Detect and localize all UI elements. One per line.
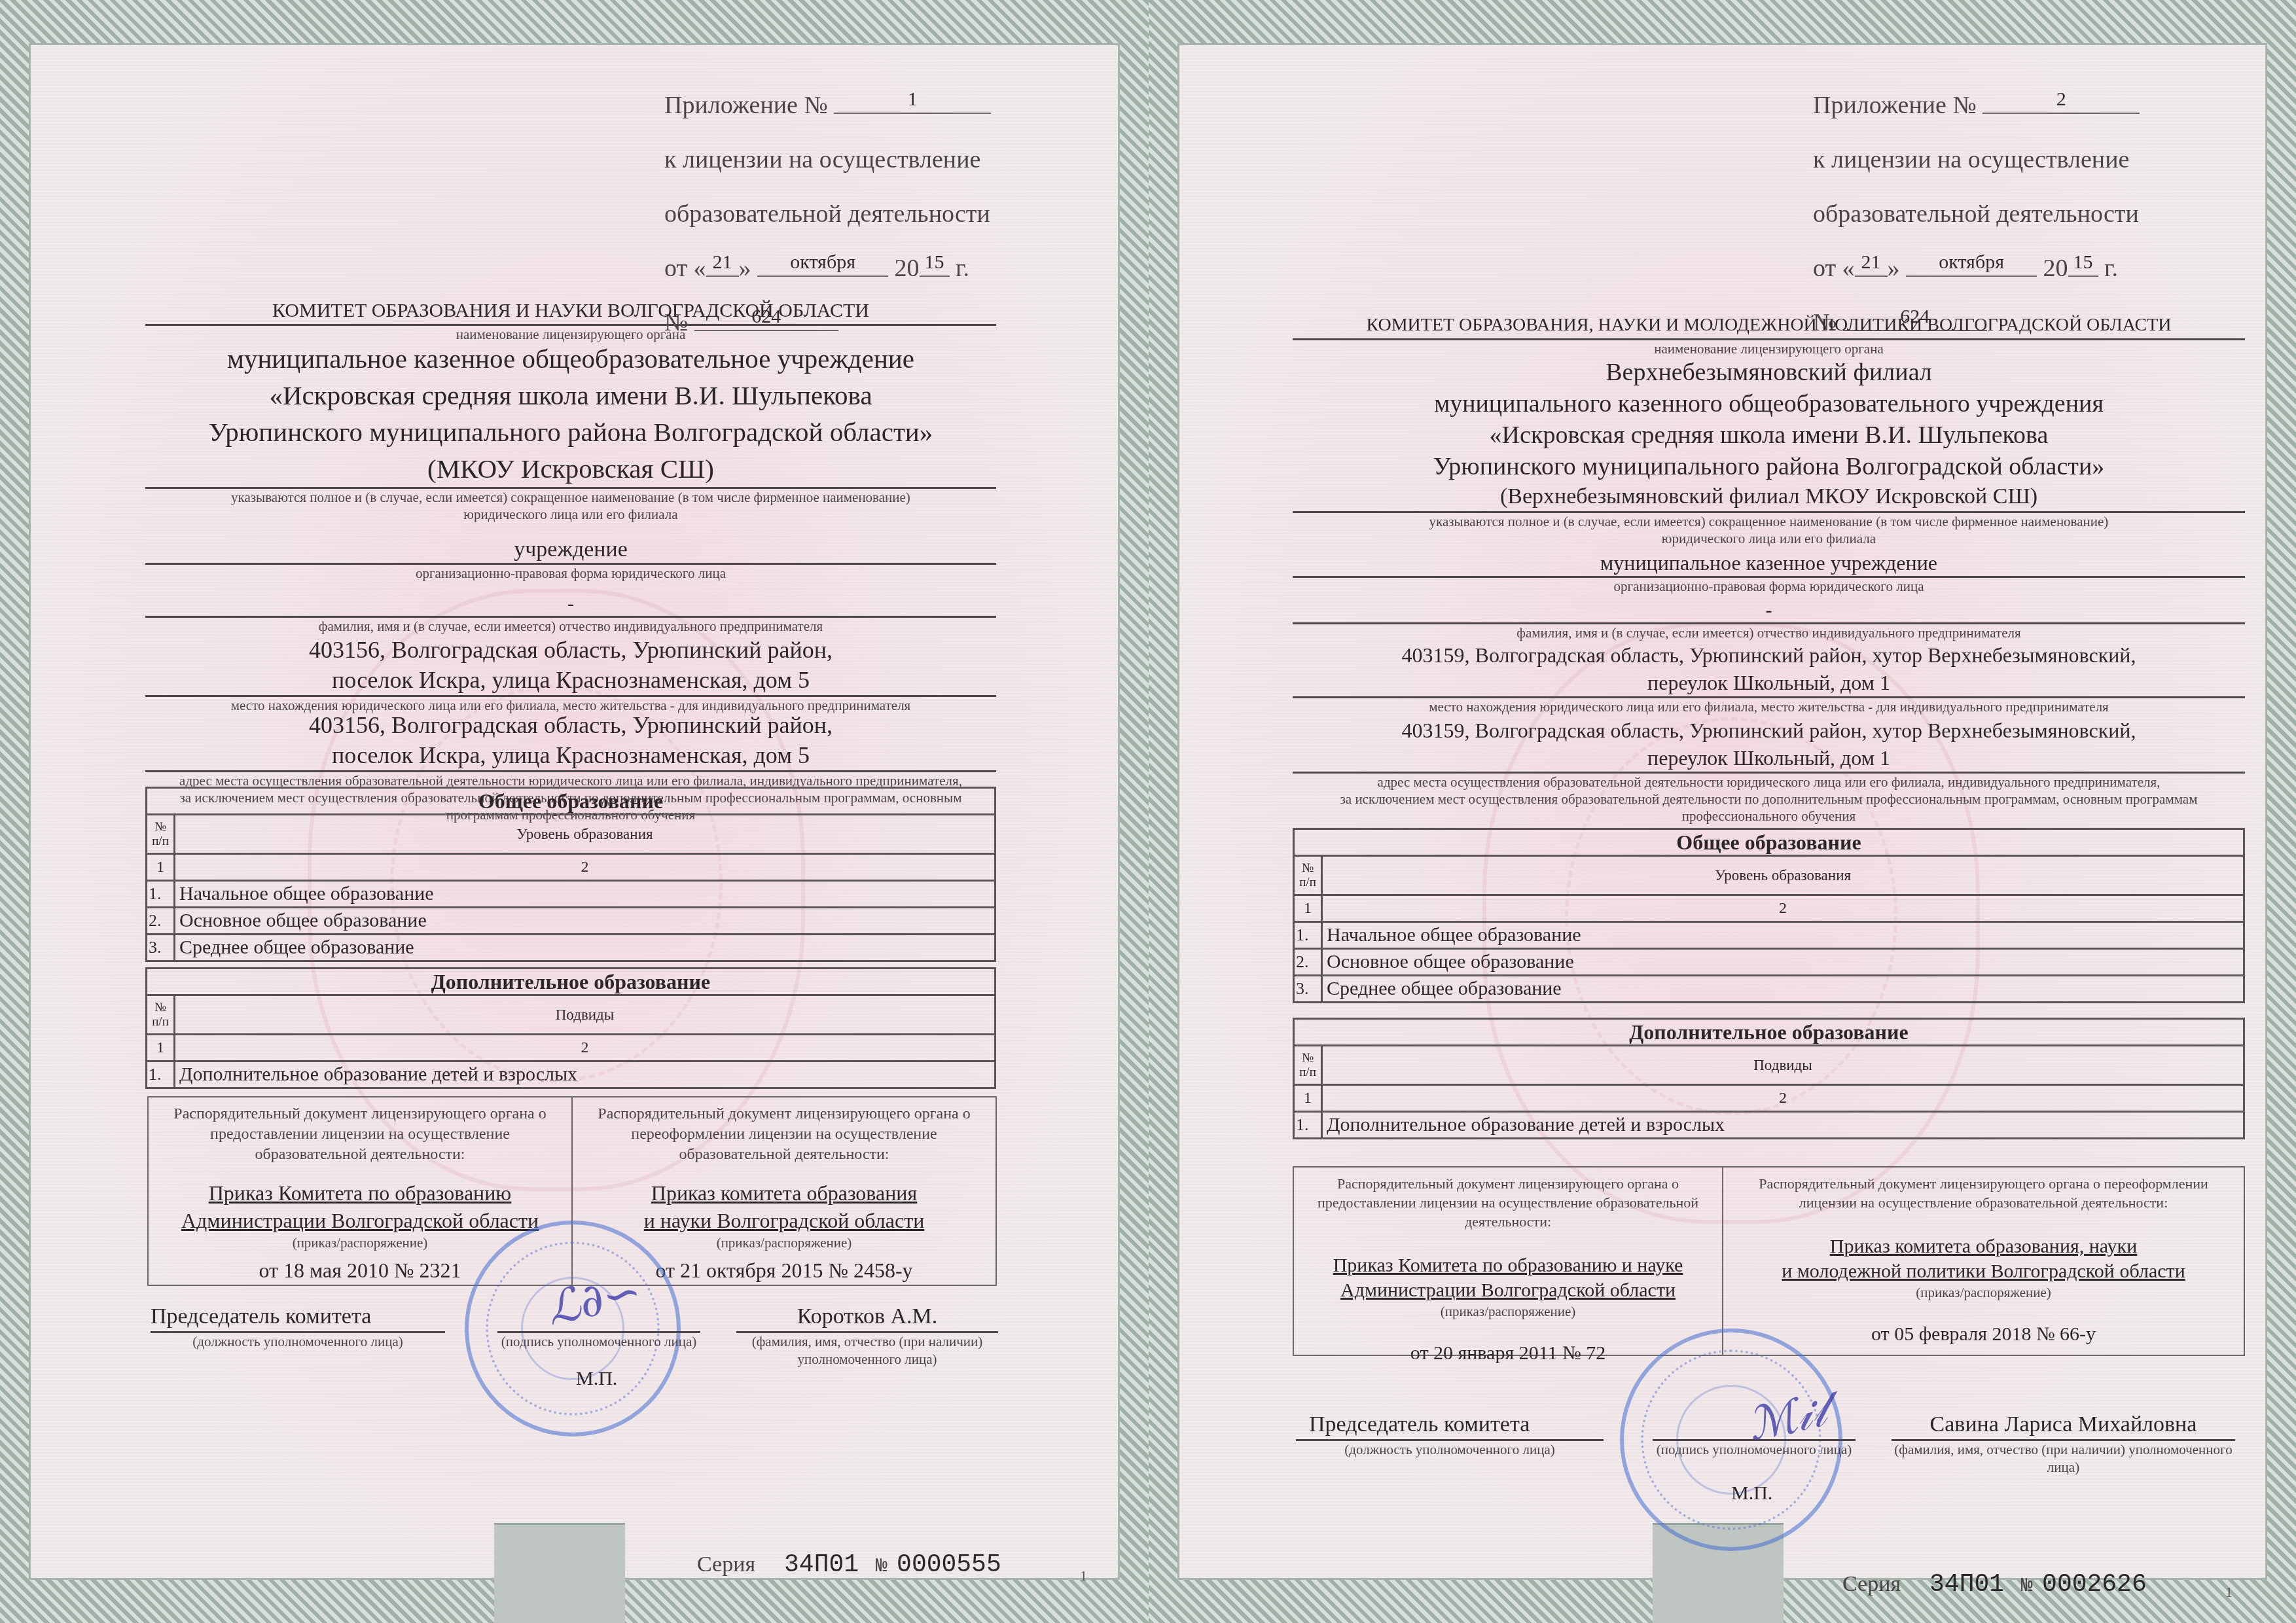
- appendix-number: 2: [1982, 86, 2140, 114]
- reissue-order: Распорядительный документ лицензирующего…: [1722, 1168, 2244, 1355]
- binding-tab: [494, 1523, 625, 1623]
- signer-position: Председатель комитета (должность уполном…: [151, 1302, 445, 1351]
- form-serial: Серия34П01№0002626: [1842, 1571, 2147, 1599]
- orders-box: Распорядительный документ лицензирующего…: [1293, 1166, 2245, 1356]
- form-serial: Серия34П01№0000555: [697, 1551, 1001, 1579]
- general-education-table: Общее образование № п/пУровень образован…: [145, 787, 996, 962]
- legal-form: муниципальное казенное учреждение органи…: [1293, 550, 2245, 595]
- organization-name: Верхнебезымяновский филиал муниципальног…: [1293, 357, 2245, 547]
- signer-position: Председатель комитета (должность уполном…: [1296, 1410, 1604, 1459]
- grant-order: Распорядительный документ лицензирующего…: [1294, 1168, 1722, 1355]
- table-row: 2.Основное общее образование: [147, 908, 996, 935]
- license-year: 15: [2068, 249, 2098, 277]
- appendix-header: Приложение № 2 к лицензии на осуществлен…: [1813, 79, 2166, 350]
- license-year: 15: [920, 249, 950, 277]
- table-row: 2.Основное общее образование: [1294, 949, 2244, 976]
- appendix-number: 1: [834, 86, 991, 114]
- table-row: 1.Начальное общее образование: [1294, 922, 2244, 949]
- table-row: 3.Среднее общее образование: [147, 935, 996, 961]
- table-row: 1.Дополнительное образование детей и взр…: [147, 1061, 996, 1088]
- table-row: 1.Дополнительное образование детей и взр…: [1294, 1112, 2244, 1139]
- page-mark: 1: [2225, 1584, 2233, 1601]
- entrepreneur-name: - фамилия, имя и (в случае, если имеется…: [145, 592, 996, 635]
- appendix-page-2: Приложение № 2 к лицензии на осуществлен…: [1149, 0, 2296, 1623]
- signer-name: Савина Лариса Михайловна (фамилия, имя, …: [1892, 1410, 2235, 1476]
- page-mark: 1: [1080, 1567, 1087, 1584]
- license-month: октября: [1906, 249, 2037, 277]
- location-address: 403159, Волгоградская область, Урюпински…: [1293, 641, 2245, 715]
- appendix-page-1: Приложение № 1 к лицензии на осуществлен…: [0, 0, 1149, 1623]
- location-address: 403156, Волгоградская область, Урюпински…: [145, 635, 996, 714]
- organization-name: муниципальное казенное общеобразовательн…: [145, 340, 996, 523]
- license-month: октября: [757, 249, 888, 277]
- license-day: 21: [1855, 249, 1888, 277]
- licensing-authority: КОМИТЕТ ОБРАЗОВАНИЯ И НАУКИ ВОЛГОГРАДСКО…: [145, 298, 996, 343]
- table-row: 3.Среднее общее образование: [1294, 976, 2244, 1003]
- entrepreneur-name: - фамилия, имя и (в случае, если имеется…: [1293, 599, 2245, 641]
- seal-place: М.П.: [1731, 1482, 1772, 1505]
- additional-education-table: Дополнительное образование № п/пПодвиды …: [1293, 1018, 2245, 1139]
- activity-address: 403159, Волгоградская область, Урюпински…: [1293, 717, 2245, 825]
- table-row: 1.Начальное общее образование: [147, 881, 996, 908]
- seal-place: М.П.: [576, 1368, 617, 1390]
- legal-form: учреждение организационно-правовая форма…: [145, 537, 996, 582]
- additional-education-table: Дополнительное образование № п/пПодвиды …: [145, 967, 996, 1089]
- signer-signature: (подпись уполномоченного лица): [497, 1302, 700, 1351]
- licensing-authority: КОМИТЕТ ОБРАЗОВАНИЯ, НАУКИ И МОЛОДЕЖНОЙ …: [1293, 312, 2245, 357]
- serial-number: 0002626: [2042, 1571, 2147, 1599]
- general-education-table: Общее образование № п/пУровень образован…: [1293, 828, 2245, 1003]
- license-day: 21: [706, 249, 739, 277]
- serial-number: 0000555: [897, 1551, 1001, 1579]
- signer-name: Коротков А.М. (фамилия, имя, отчество (п…: [736, 1302, 998, 1368]
- signer-signature: (подпись уполномоченного лица): [1653, 1410, 1856, 1459]
